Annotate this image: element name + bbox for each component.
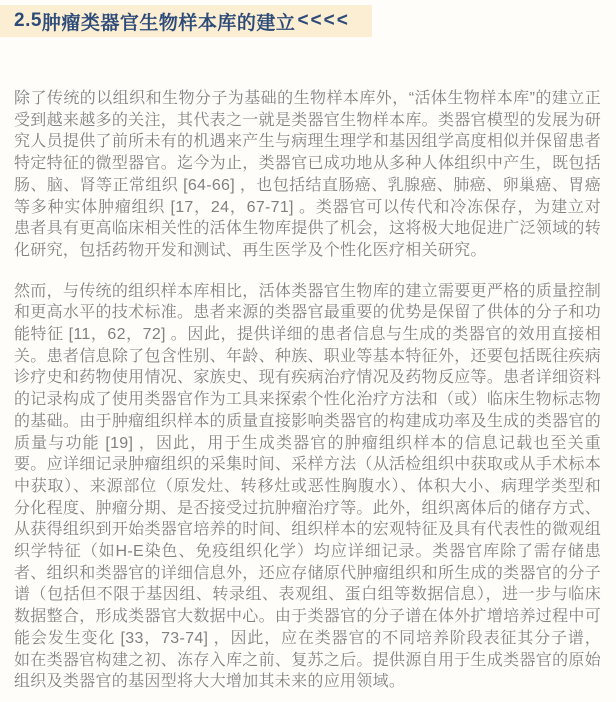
paragraph-biobank-intro: 除了传统的以组织和生物分子为基础的生物样本库外，“活体生物样本库”的建立正受到越… (14, 88, 601, 262)
heading-arrows-decoration: <<<< (297, 10, 349, 32)
section-title: 肿瘤类器官生物样本库的建立 (42, 8, 296, 35)
paragraph-biobank-requirements: 然而，与传统的组织样本库相比，活体类器官生物库的建立需要更严格的质量控制和更高水… (14, 281, 601, 693)
body-text: 除了传统的以组织和生物分子为基础的生物样本库外，“活体生物样本库”的建立正受到越… (0, 37, 616, 693)
section-number: 2.5 (14, 10, 42, 32)
document-page: 2.5肿瘤类器官生物样本库的建立<<<< 除了传统的以组织和生物分子为基础的生物… (0, 0, 616, 702)
section-heading-banner: 2.5肿瘤类器官生物样本库的建立<<<< (0, 5, 372, 37)
